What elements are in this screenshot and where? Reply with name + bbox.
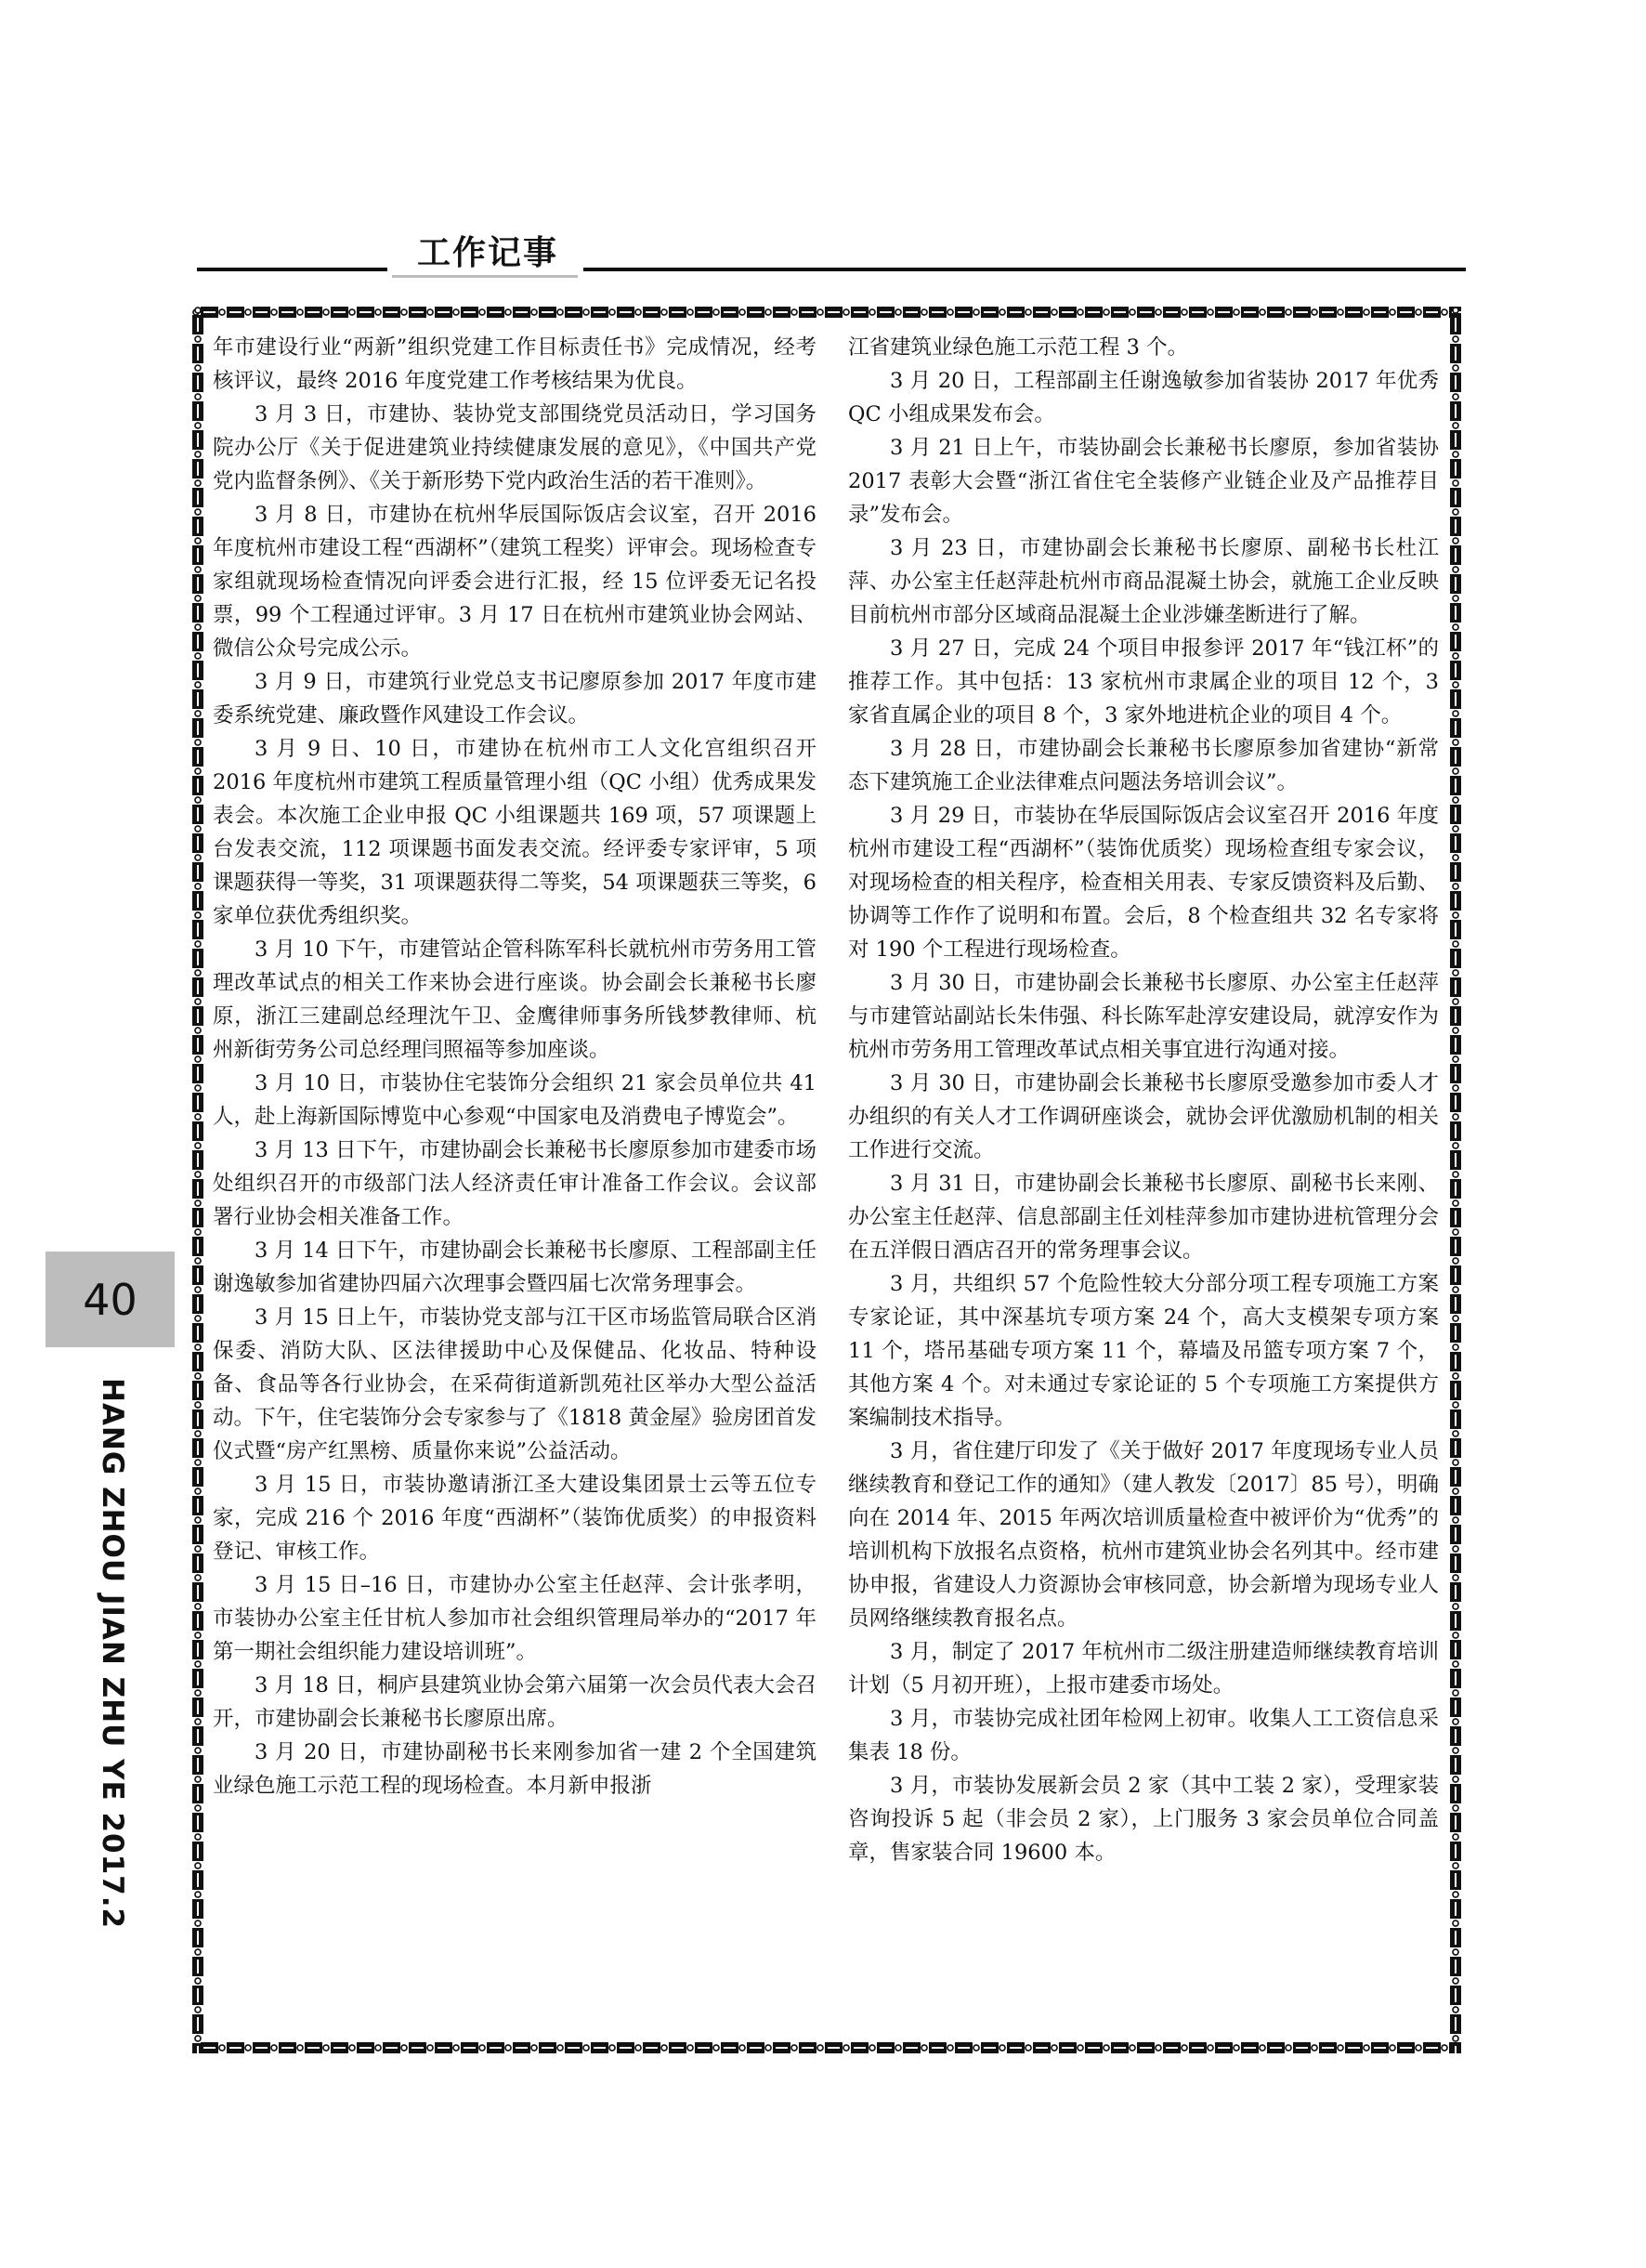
decorative-border-left xyxy=(192,307,203,2053)
paragraph: 3 月 29 日，市装协在华辰国际饭店会议室召开 2016 年度杭州市建设工程“… xyxy=(848,799,1439,966)
paragraph: 江省建筑业绿色施工示范工程 3 个。 xyxy=(848,331,1439,364)
paragraph: 3 月 10 日，市装协住宅装饰分会组织 21 家会员单位共 41 人，赴上海新… xyxy=(213,1067,816,1134)
paragraph: 3 月 9 日，市建筑行业党总支书记廖原参加 2017 年度市建委系统党建、廉政… xyxy=(213,665,816,732)
article-frame: 年市建设行业“两新”组织党建工作目标责任书》完成情况，经考核评议，最终 2016… xyxy=(192,307,1461,2053)
decorative-border-top xyxy=(192,307,1461,318)
paragraph: 3 月 27 日，完成 24 个项目申报参评 2017 年“钱江杯”的推荐工作。… xyxy=(848,632,1439,732)
vertical-masthead: HANG ZHOU JIAN ZHU YE 2017.2 xyxy=(93,1378,132,1815)
paragraph: 年市建设行业“两新”组织党建工作目标责任书》完成情况，经考核评议，最终 2016… xyxy=(213,331,816,398)
paragraph: 3 月 3 日，市建协、装协党支部围绕党员活动日，学习国务院办公厅《关于促进建筑… xyxy=(213,398,816,498)
paragraph: 3 月 15 日–16 日，市建协办公室主任赵萍、会计张孝明，市装协办公室主任甘… xyxy=(213,1568,816,1669)
paragraph: 3 月 31 日，市建协副会长兼秘书长廖原、副秘书长来刚、办公室主任赵萍、信息部… xyxy=(848,1167,1439,1267)
header-rule-left xyxy=(197,268,387,271)
decorative-border-right xyxy=(1450,307,1461,2053)
paragraph: 3 月 30 日，市建协副会长兼秘书长廖原受邀参加市委人才办组织的有关人才工作调… xyxy=(848,1067,1439,1167)
page-number: 40 xyxy=(83,1275,137,1325)
paragraph: 3 月 8 日，市建协在杭州华辰国际饭店会议室，召开 2016 年度杭州市建设工… xyxy=(213,498,816,665)
page-number-tab: 40 xyxy=(46,1252,175,1347)
paragraph: 3 月，市装协发展新会员 2 家（其中工装 2 家），受理家装咨询投诉 5 起（… xyxy=(848,1769,1439,1869)
paragraph: 3 月 13 日下午，市建协副会长兼秘书长廖原参加市建委市场处组织召开的市级部门… xyxy=(213,1134,816,1234)
paragraph: 3 月 15 日上午，市装协党支部与江干区市场监管局联合区消保委、消防大队、区法… xyxy=(213,1301,816,1468)
right-column: 江省建筑业绿色施工示范工程 3 个。 3 月 20 日，工程部副主任谢逸敏参加省… xyxy=(848,331,1439,1869)
paragraph: 3 月，制定了 2017 年杭州市二级注册建造师继续教育培训计划（5 月初开班）… xyxy=(848,1635,1439,1702)
paragraph: 3 月，市装协完成社团年检网上初审。收集人工工资信息采集表 18 份。 xyxy=(848,1702,1439,1769)
paragraph: 3 月 20 日，工程部副主任谢逸敏参加省装协 2017 年优秀 QC 小组成果… xyxy=(848,364,1439,431)
paragraph: 3 月 20 日，市建协副秘书长来刚参加省一建 2 个全国建筑业绿色施工示范工程… xyxy=(213,1736,816,1803)
paragraph: 3 月 15 日，市装协邀请浙江圣大建设集团景士云等五位专家，完成 216 个 … xyxy=(213,1468,816,1568)
paragraph: 3 月 21 日上午，市装协副会长兼秘书长廖原，参加省装协 2017 表彰大会暨… xyxy=(848,431,1439,531)
paragraph: 3 月 23 日，市建协副会长兼秘书长廖原、副秘书长杜江萍、办公室主任赵萍赴杭州… xyxy=(848,531,1439,632)
left-column: 年市建设行业“两新”组织党建工作目标责任书》完成情况，经考核评议，最终 2016… xyxy=(213,331,816,1803)
paragraph: 3 月，省住建厅印发了《关于做好 2017 年度现场专业人员继续教育和登记工作的… xyxy=(848,1435,1439,1635)
paragraph: 3 月 30 日，市建协副会长兼秘书长廖原、办公室主任赵萍与市建管站副站长朱伟强… xyxy=(848,966,1439,1067)
paragraph: 3 月 10 下午，市建管站企管科陈军科长就杭州市劳务用工管理改革试点的相关工作… xyxy=(213,933,816,1067)
paragraph: 3 月 28 日，市建协副会长兼秘书长廖原参加省建协“新常态下建筑施工企业法律难… xyxy=(848,732,1439,799)
paragraph: 3 月 18 日，桐庐县建筑业协会第六届第一次会员代表大会召开，市建协副会长兼秘… xyxy=(213,1669,816,1736)
header-rule-right xyxy=(583,268,1466,271)
section-title: 工作记事 xyxy=(399,232,576,279)
paragraph: 3 月，共组织 57 个危险性较大分部分项工程专项施工方案专家论证，其中深基坑专… xyxy=(848,1267,1439,1435)
decorative-border-bottom xyxy=(192,2042,1461,2053)
paragraph: 3 月 9 日、10 日，市建协在杭州市工人文化宫组织召开 2016 年度杭州市… xyxy=(213,732,816,933)
section-title-underline xyxy=(392,275,578,278)
paragraph: 3 月 14 日下午，市建协副会长兼秘书长廖原、工程部副主任谢逸敏参加省建协四届… xyxy=(213,1234,816,1301)
